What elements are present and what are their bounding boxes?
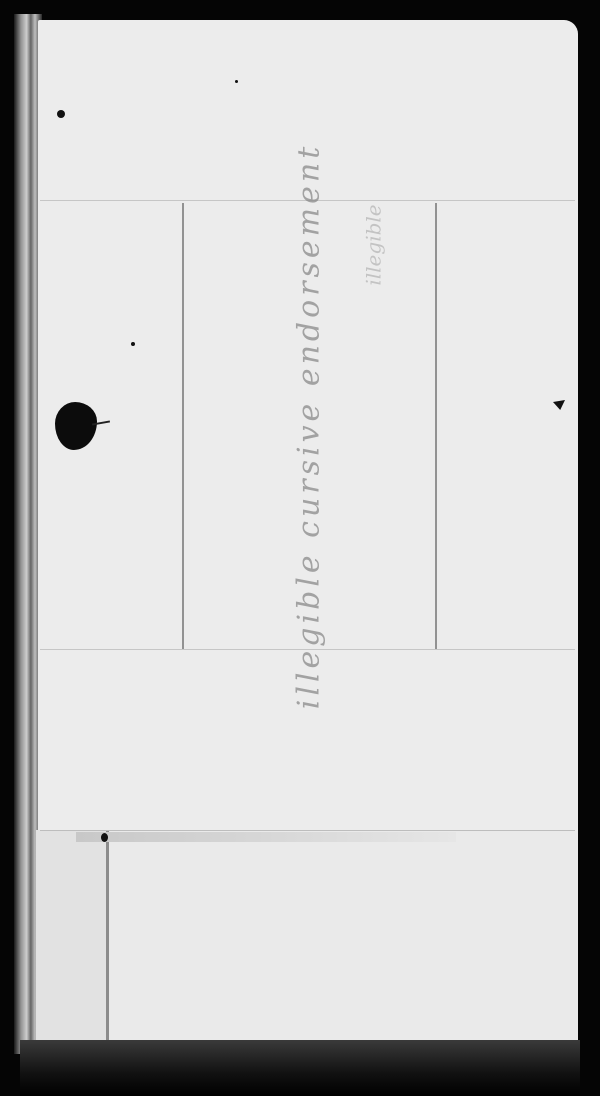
letter-sheet-lower-fold [36, 830, 578, 1042]
fold-line-lower [40, 830, 575, 831]
ink-speck [131, 342, 135, 346]
bottom-edge-damage [20, 1040, 580, 1096]
ink-speck [57, 110, 65, 118]
fold-line-right [435, 203, 437, 649]
handwritten-endorsement: illegible cursive endorsement [292, 143, 327, 710]
ink-speck [101, 833, 108, 842]
lower-fold-band [76, 832, 456, 842]
lower-fold-strip [36, 830, 109, 1042]
handwritten-note: illegible [362, 204, 386, 285]
address-panel: illegible cursive endorsement illegible [183, 203, 435, 649]
ink-speck [235, 80, 238, 83]
